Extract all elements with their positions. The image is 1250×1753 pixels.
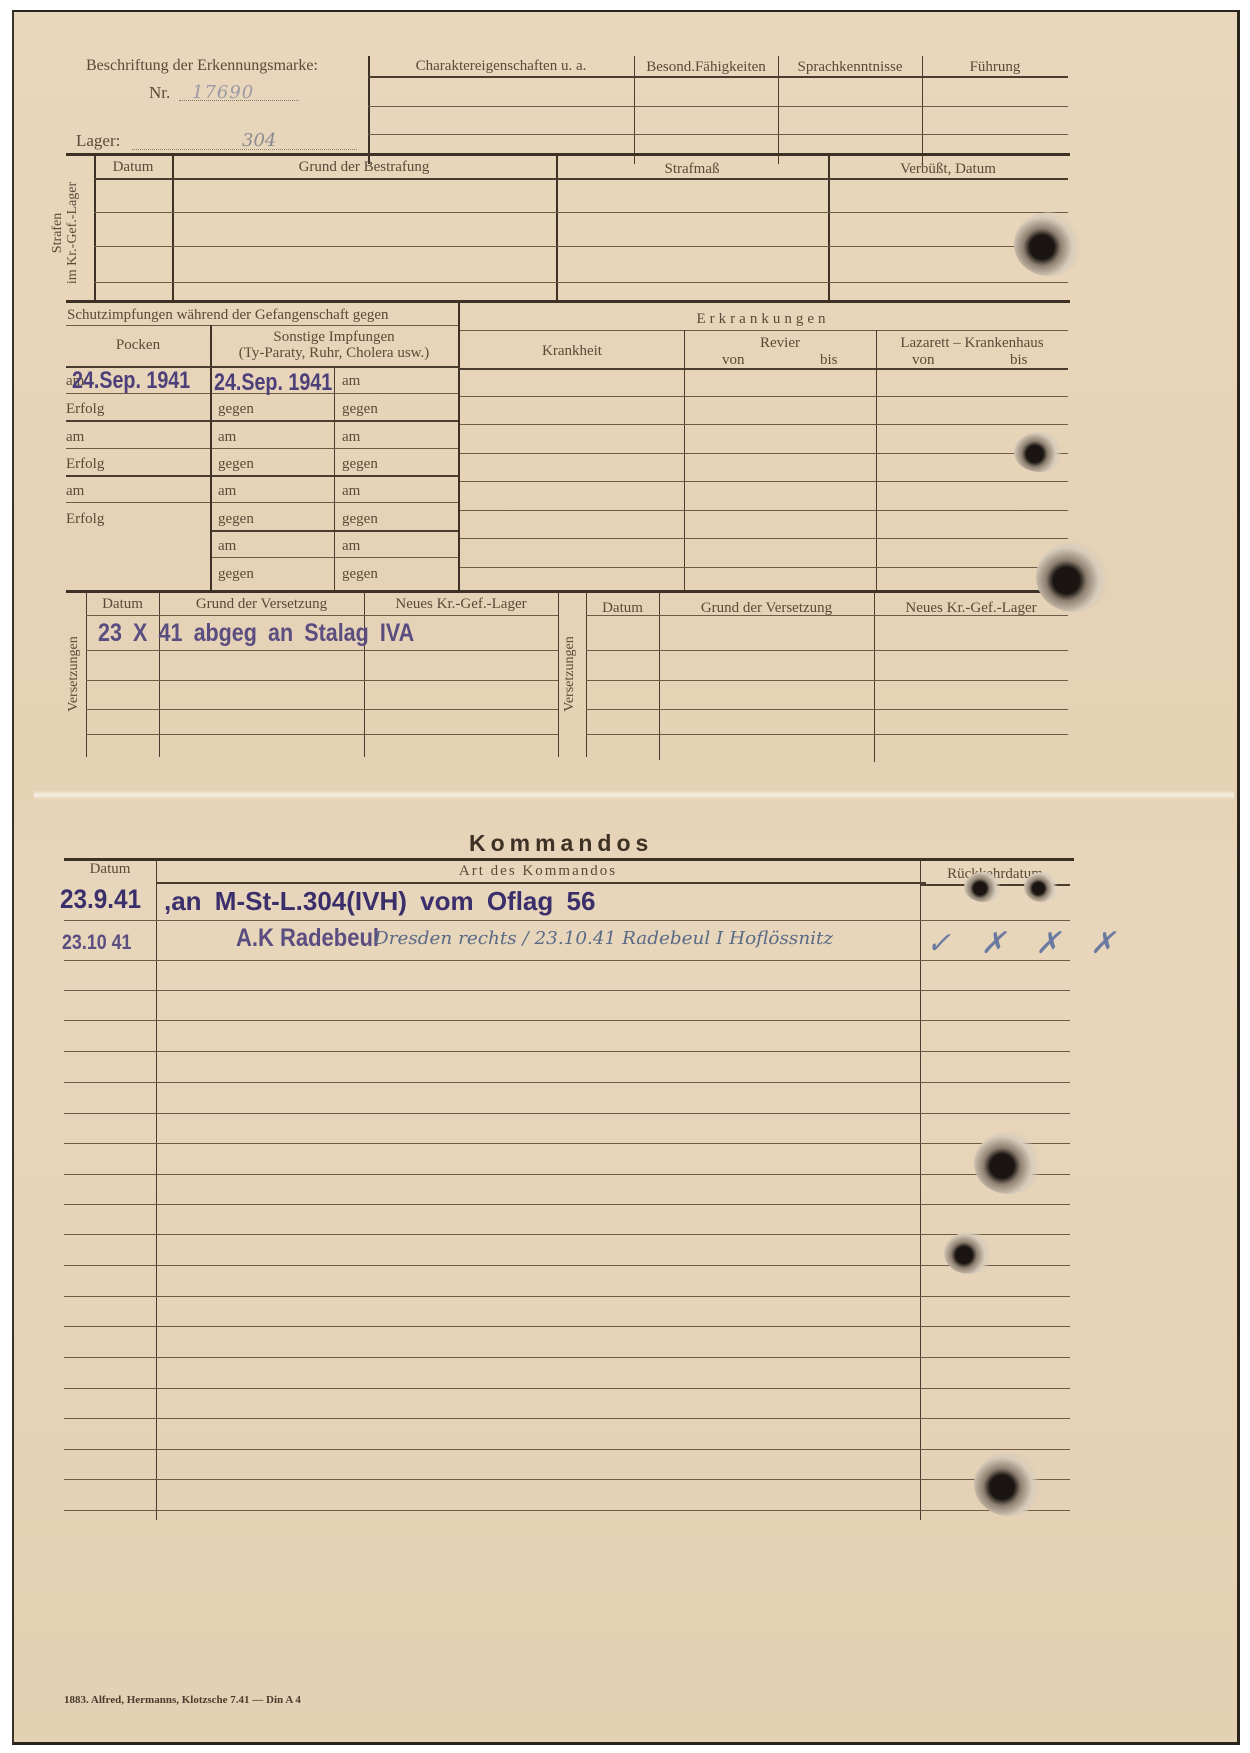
punch-hole [944,1232,994,1274]
kommando-row-2-art: A.K Radebeul [236,926,379,951]
sonstige-header-line1: Sonstige Impfungen [210,330,458,345]
versetzung-right-header-datum: Datum [586,601,659,616]
versetzung-right-header-lager: Neues Kr.-Gef.-Lager [874,601,1068,616]
sonstige-row-3-b: am [342,430,360,445]
sonstige-row-1-b: am [342,374,360,389]
versetzung-right-header-grund: Grund der Versetzung [659,601,874,616]
punch-hole [1024,872,1060,902]
sonstige-date-stamp: 24.Sep. 1941 [214,371,332,395]
lazarett-bis: bis [1010,353,1028,368]
kommandos-header-datum: Datum [64,862,156,877]
strafen-header-grund: Grund der Bestrafung [172,160,556,175]
versetzungen-side-label-left: Versetzungen [67,629,85,719]
pocken-row-am-3: am [66,484,84,499]
header-besond-faehigkeiten: Besond.Fähigkeiten [634,60,778,75]
sonstige-row-7-b: am [342,539,360,554]
kommando-row-2-handwritten: Dresden rechts / 23.10.41 Radebeul I Hof… [374,928,833,949]
lazarett-von: von [912,353,935,368]
sonstige-row-8-a: gegen [218,567,254,582]
sonstige-row-2-b: gegen [342,402,378,417]
rueckkehr-marks: ✓ ✗ ✗ ✗ [926,926,1125,961]
lazarett-header: Lazarett – Krankenhaus [876,336,1068,351]
punch-hole [1014,432,1066,472]
punch-hole [1036,542,1112,612]
pocken-row-erfolg-3: Erfolg [66,512,104,527]
erkrankungen-title: Erkrankungen [458,312,1068,327]
kommandos-title: Kommandos [469,830,653,857]
versetzung-left-header-lager: Neues Kr.-Gef.-Lager [364,597,558,612]
printer-imprint: 1883. Alfred, Hermanns, Klotzsche 7.41 —… [64,1694,301,1706]
sonstige-row-4-b: gegen [342,457,378,472]
lager-label: Lager: [76,132,120,149]
krankheit-header: Krankheit [460,344,684,359]
versetzung-entry-stamp: 23 X 41 abgeg an Stalag IVA [98,621,414,646]
revier-von: von [722,353,745,368]
nr-label: Nr. [149,84,170,101]
strafen-header-datum: Datum [94,160,172,175]
sonstige-row-7-a: am [218,539,236,554]
sonstige-row-5-b: am [342,484,360,499]
versetzung-left-header-datum: Datum [86,597,159,612]
pocken-date-stamp: 24.Sep. 1941 [72,369,190,393]
versetzung-left-header-grund: Grund der Versetzung [159,597,364,612]
header-fuehrung: Führung [922,60,1068,75]
paper-fold [34,790,1234,800]
erkennungsmarke-label: Beschriftung der Erkennungsmarke: [86,58,318,74]
sonstige-row-6-a: gegen [218,512,254,527]
versetzungen-side-label-right: Versetzungen [563,629,581,719]
lager-value: 304 [242,130,276,151]
sonstige-row-5-a: am [218,484,236,499]
pow-record-card-back: Beschriftung der Erkennungsmarke: Nr. 17… [12,10,1240,1745]
header-charaktereigenschaften: Charaktereigenschaften u. a. [368,59,634,74]
punch-hole [974,1452,1044,1516]
pocken-row-am-2: am [66,430,84,445]
sonstige-row-6-b: gegen [342,512,378,527]
schutzimpfungen-title: Schutzimpfungen während der Gefangenscha… [67,308,389,323]
sonstige-header-line2: (Ty-Paraty, Ruhr, Cholera usw.) [210,346,458,361]
pocken-row-erfolg-1: Erfolg [66,402,104,417]
kommando-row-1-art: ,an M-St-L.304(IVH) vom Oflag 56 [164,888,595,914]
sonstige-row-8-b: gegen [342,567,378,582]
sonstige-row-2-a: gegen [218,402,254,417]
strafen-side-label: Strafen im Kr.-Gef.-Lager [51,170,83,296]
sonstige-row-4-a: gegen [218,457,254,472]
sonstige-row-3-a: am [218,430,236,445]
header-sprachkenntnisse: Sprachkenntnisse [778,60,922,75]
revier-bis: bis [820,353,838,368]
nr-value: 17690 [192,82,254,103]
strafen-header-strafmass: Strafmaß [556,162,828,177]
pocken-header: Pocken [66,338,210,353]
kommando-row-2-datum: 23.10 41 [62,932,131,953]
pocken-row-erfolg-2: Erfolg [66,457,104,472]
kommandos-header-art: Art des Kommandos [156,864,920,879]
punch-hole [964,872,1004,902]
punch-hole [1014,212,1084,276]
kommando-row-1-datum: 23.9.41 [60,886,141,913]
revier-header: Revier [684,336,876,351]
strafen-header-verbuesst: Verbüßt, Datum [828,162,1068,177]
punch-hole [974,1132,1044,1194]
